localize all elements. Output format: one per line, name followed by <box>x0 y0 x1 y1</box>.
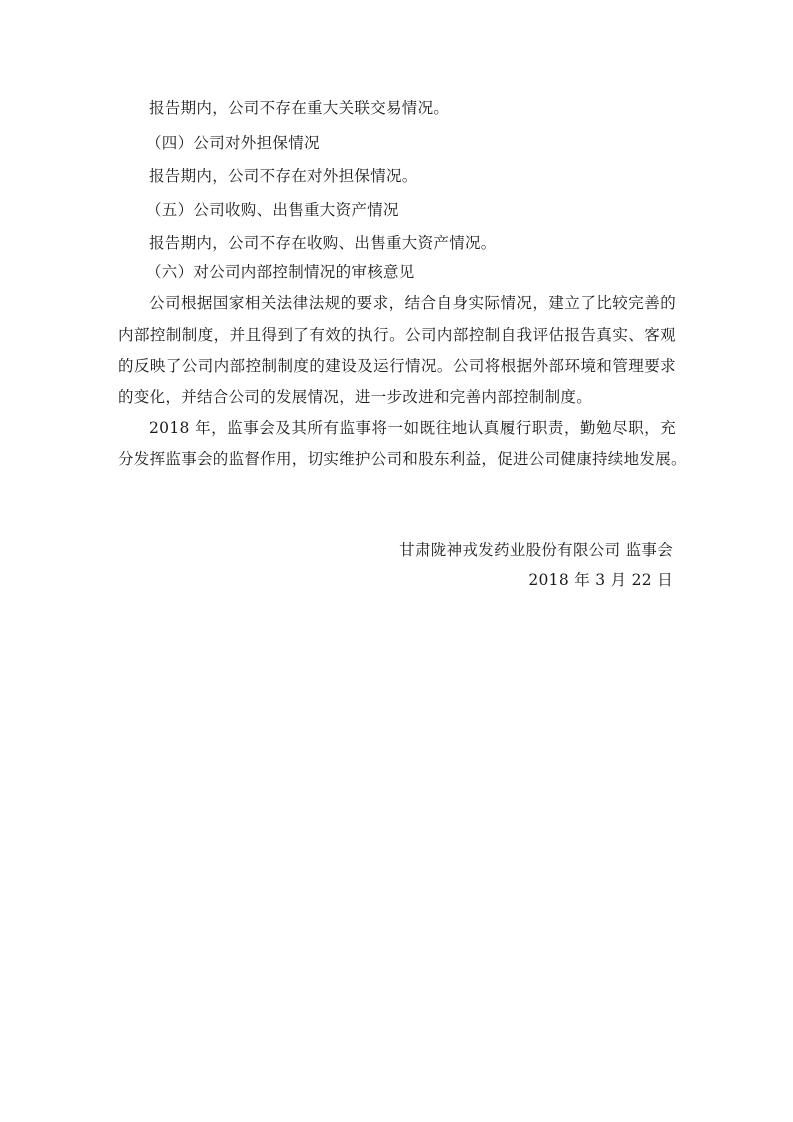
paragraph-internal-control-line: 内部控制制度，并且得到了有效的执行。公司内部控制自我评估报告真实、客观 <box>118 325 676 345</box>
paragraph-internal-control-line: 的变化，并结合公司的发展情况，进一步改进和完善内部控制制度。 <box>118 387 592 407</box>
signature-organization: 甘肃陇神戎发药业股份有限公司 监事会 <box>399 540 673 560</box>
statement-guarantees: 报告期内，公司不存在对外担保情况。 <box>149 166 418 186</box>
statement-related-transactions: 报告期内，公司不存在重大关联交易情况。 <box>149 98 449 118</box>
paragraph-internal-control-line: 的反映了公司内部控制制度的建设及运行情况。公司将根据外部环境和管理要求 <box>118 356 676 376</box>
document-page: 报告期内，公司不存在重大关联交易情况。 （四）公司对外担保情况 报告期内，公司不… <box>0 0 793 1122</box>
signature-date: 2018 年 3 月 22 日 <box>528 570 673 590</box>
paragraph-2018-line: 分发挥监事会的监督作用，切实维护公司和股东利益，促进公司健康持续地发展。 <box>118 449 676 469</box>
statement-asset-transactions: 报告期内，公司不存在收购、出售重大资产情况。 <box>149 233 497 253</box>
paragraph-internal-control-line: 公司根据国家相关法律法规的要求，结合自身实际情况，建立了比较完善的 <box>149 293 676 313</box>
section-heading-asset-transactions: （五）公司收购、出售重大资产情况 <box>146 200 399 220</box>
section-heading-internal-control: （六）对公司内部控制情况的审核意见 <box>146 262 415 282</box>
paragraph-2018-line: 2018 年，监事会及其所有监事将一如既往地认真履行职责，勤勉尽职，充 <box>149 418 676 438</box>
section-heading-guarantees: （四）公司对外担保情况 <box>146 133 320 153</box>
